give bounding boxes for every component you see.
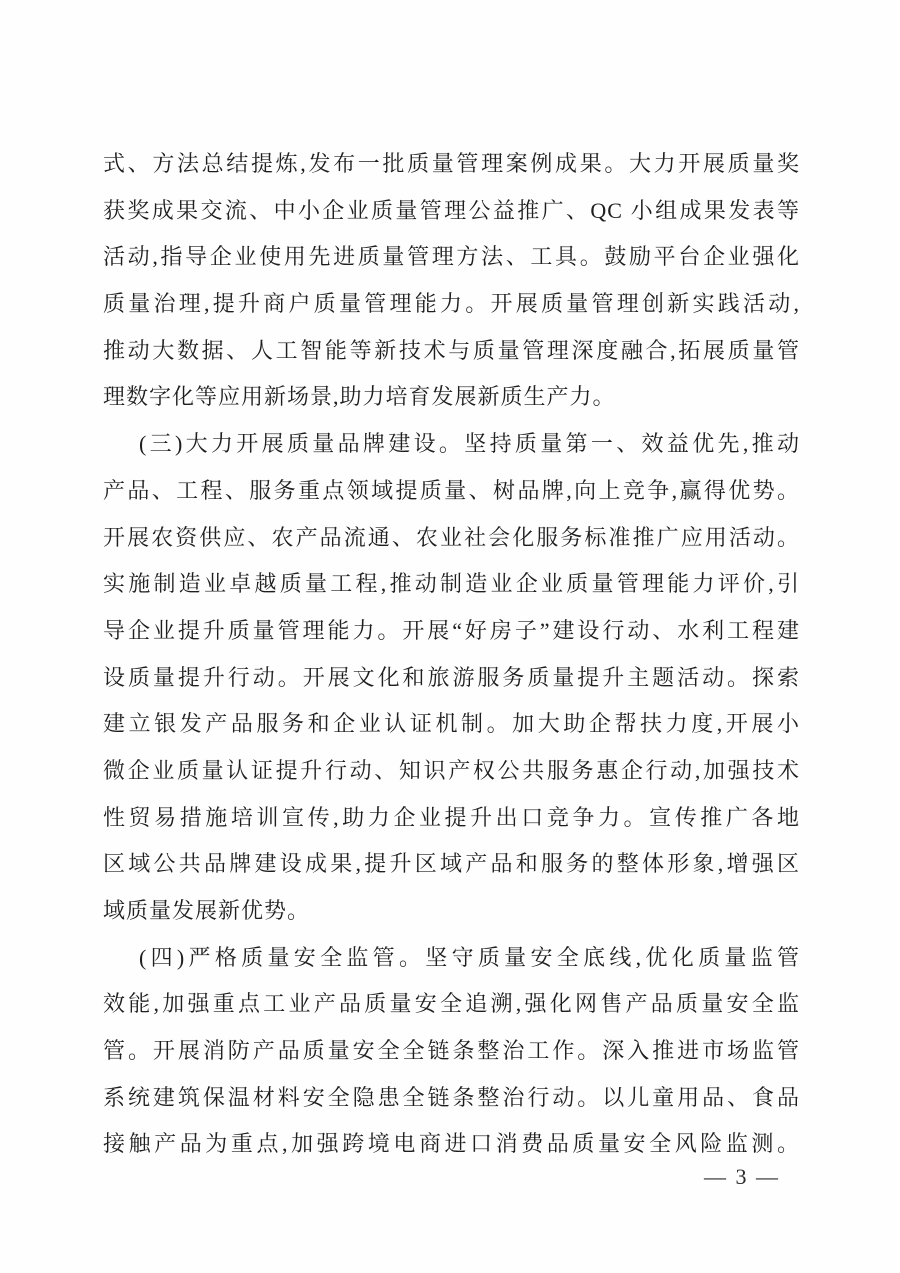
document-line: (三)大力开展质量品牌建设。坚持质量第一、效益优先,推动 <box>103 421 800 468</box>
document-line: 理数字化等应用新场景,助力培育发展新质生产力。 <box>103 374 800 421</box>
document-line: 实施制造业卓越质量工程,推动制造业企业质量管理能力评价,引 <box>103 561 800 608</box>
page-number: — 3 — <box>704 1164 780 1190</box>
document-page: 式、方法总结提炼,发布一批质量管理案例成果。大力开展质量奖获奖成果交流、中小企业… <box>0 0 900 1273</box>
document-line: 性贸易措施培训宣传,助力企业提升出口竞争力。宣传推广各地 <box>103 795 800 842</box>
document-line: 质量治理,提升商户质量管理能力。开展质量管理创新实践活动, <box>103 281 800 328</box>
document-line: 区域公共品牌建设成果,提升区域产品和服务的整体形象,增强区 <box>103 841 800 888</box>
document-line: 获奖成果交流、中小企业质量管理公益推广、QC 小组成果发表等 <box>103 188 800 235</box>
document-line: 接触产品为重点,加强跨境电商进口消费品质量安全风险监测。 <box>103 1121 800 1168</box>
document-line: 域质量发展新优势。 <box>103 888 800 935</box>
document-line: 产品、工程、服务重点领域提质量、树品牌,向上竞争,赢得优势。 <box>103 468 800 515</box>
document-body: 式、方法总结提炼,发布一批质量管理案例成果。大力开展质量奖获奖成果交流、中小企业… <box>103 141 800 1168</box>
document-line: 导企业提升质量管理能力。开展“好房子”建设行动、水利工程建 <box>103 608 800 655</box>
document-line: 效能,加强重点工业产品质量安全追溯,强化网售产品质量安全监 <box>103 981 800 1028</box>
document-line: 活动,指导企业使用先进质量管理方法、工具。鼓励平台企业强化 <box>103 234 800 281</box>
document-line: 开展农资供应、农产品流通、农业社会化服务标准推广应用活动。 <box>103 515 800 562</box>
document-line: 设质量提升行动。开展文化和旅游服务质量提升主题活动。探索 <box>103 655 800 702</box>
document-line: 推动大数据、人工智能等新技术与质量管理深度融合,拓展质量管 <box>103 328 800 375</box>
document-line: 式、方法总结提炼,发布一批质量管理案例成果。大力开展质量奖 <box>103 141 800 188</box>
document-line: 管。开展消防产品质量安全全链条整治工作。深入推进市场监管 <box>103 1028 800 1075</box>
document-line: 建立银发产品服务和企业认证机制。加大助企帮扶力度,开展小 <box>103 701 800 748</box>
document-line: 系统建筑保温材料安全隐患全链条整治行动。以儿童用品、食品 <box>103 1075 800 1122</box>
document-line: 微企业质量认证提升行动、知识产权公共服务惠企行动,加强技术 <box>103 748 800 795</box>
document-line: (四)严格质量安全监管。坚守质量安全底线,优化质量监管 <box>103 935 800 982</box>
